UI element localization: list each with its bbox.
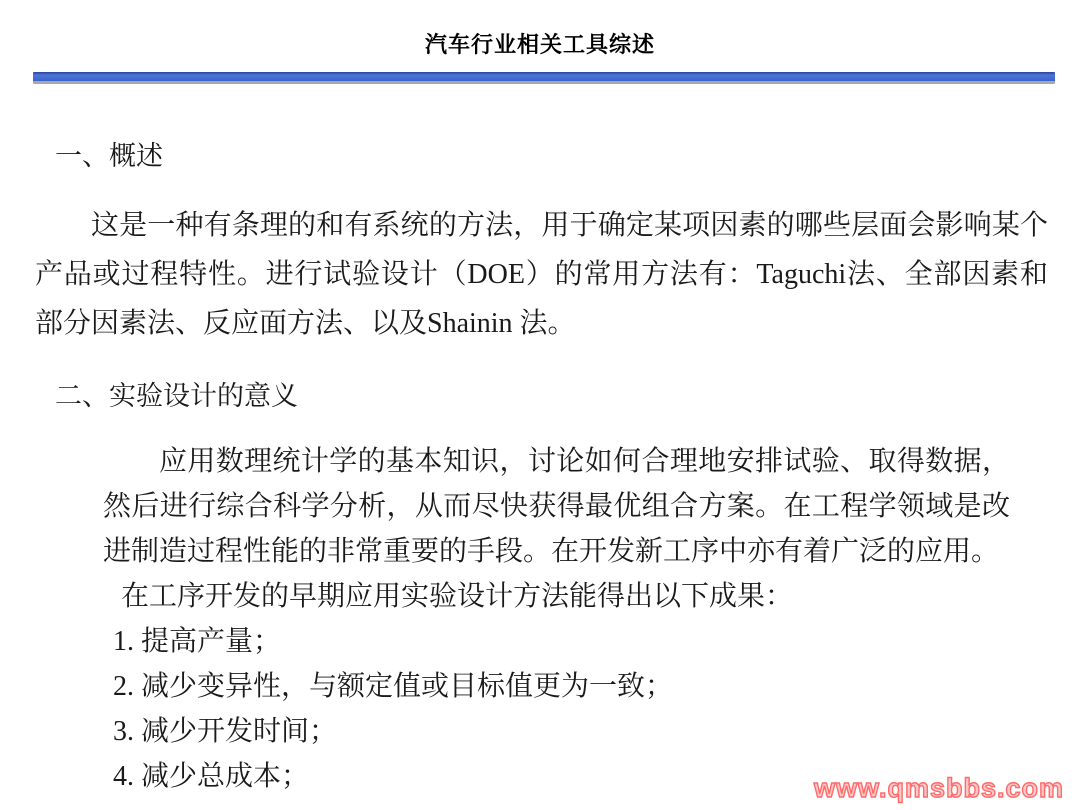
list-item: 2. 减少变异性，与额定值或目标值更为一致； [113, 664, 1080, 709]
results-list: 1. 提高产量； 2. 减少变异性，与额定值或目标值更为一致； 3. 减少开发时… [113, 619, 1080, 799]
list-item: 3. 减少开发时间； [113, 709, 1080, 754]
page-title: 汽车行业相关工具综述 [0, 0, 1080, 59]
slide-page: 汽车行业相关工具综述 一、概述 这是一种有条理的和有系统的方法，用于确定某项因素… [0, 0, 1080, 810]
section2-paragraph-1: 应用数理统计学的基本知识，讨论如何合理地安排试验、取得数据，然后进行综合科学分析… [103, 439, 1010, 574]
section2-paragraph-2: 在工序开发的早期应用实验设计方法能得出以下成果： [121, 574, 1080, 619]
title-divider-bar [33, 72, 1055, 84]
list-item: 1. 提高产量； [113, 619, 1080, 664]
section2-heading: 二、实验设计的意义 [55, 374, 1080, 413]
watermark-url: www.qmsbbs.com [814, 773, 1064, 804]
section1-paragraph: 这是一种有条理的和有系统的方法，用于确定某项因素的哪些层面会影响某个产品或过程特… [35, 201, 1048, 348]
section1-heading: 一、概述 [55, 134, 1080, 173]
